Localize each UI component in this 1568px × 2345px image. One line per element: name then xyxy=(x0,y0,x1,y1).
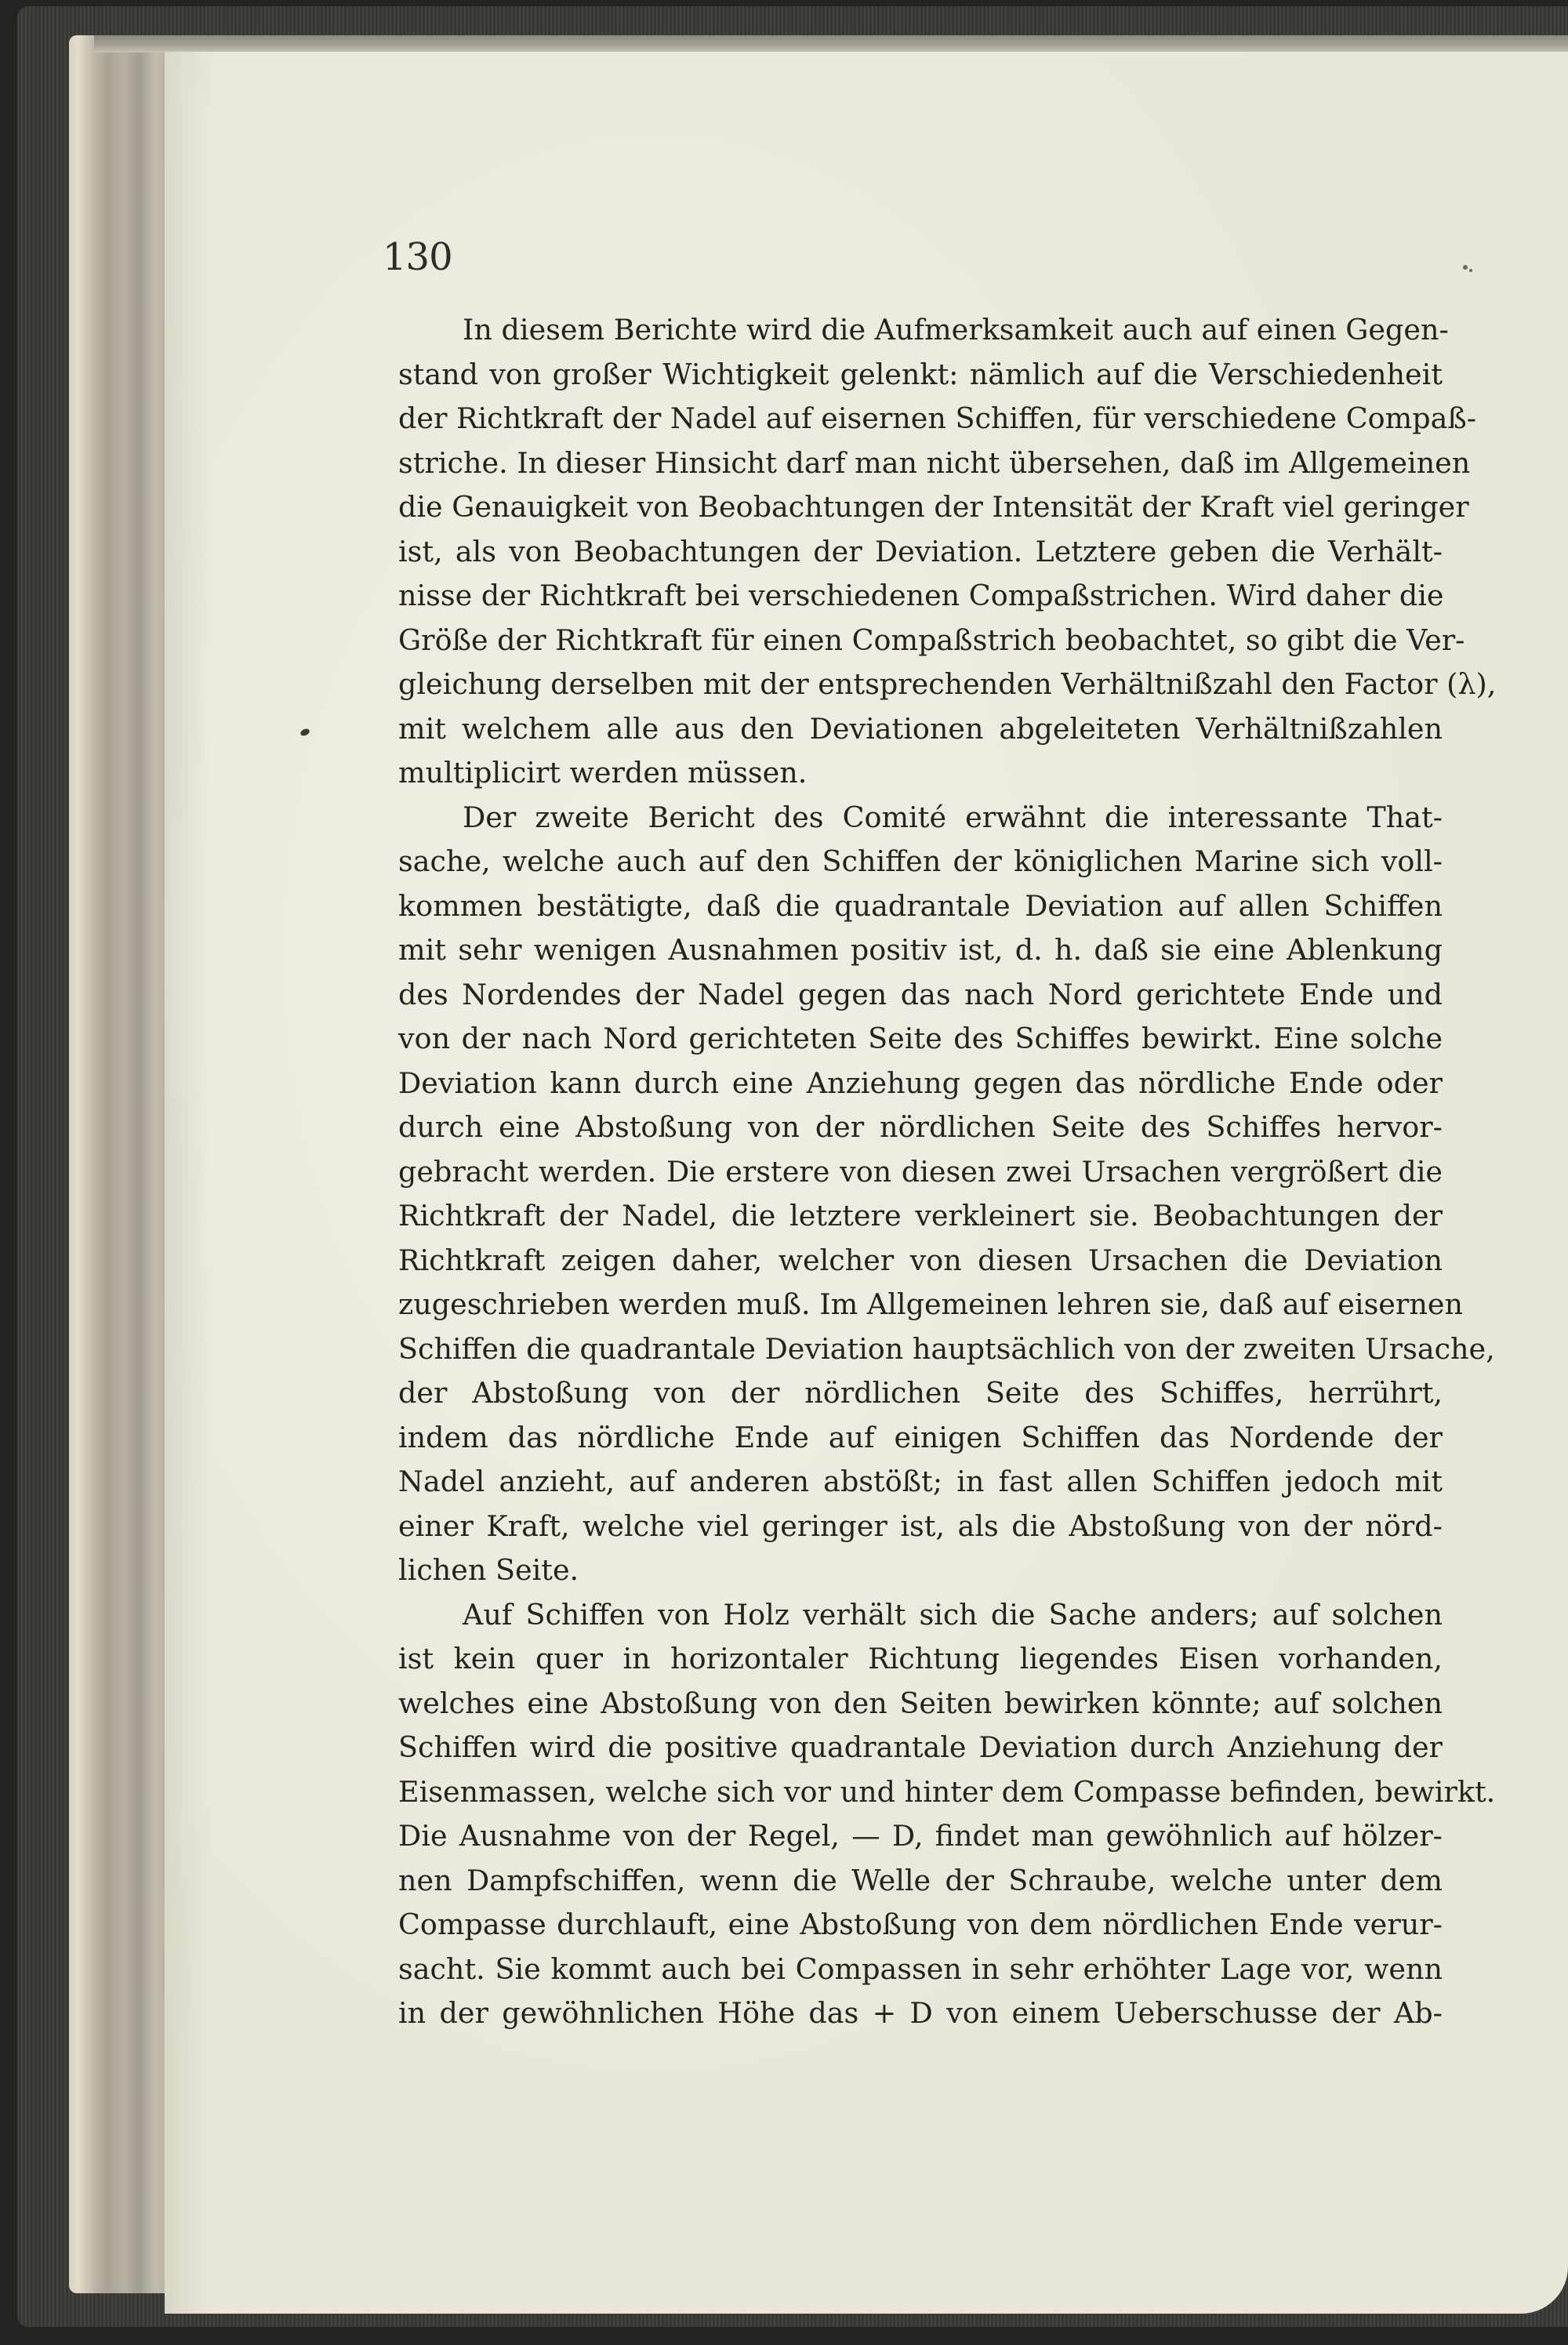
text-line: ist kein quer in horizontaler Richtung l… xyxy=(398,1637,1443,1682)
text-line: Richtkraft zeigen daher, welcher von die… xyxy=(398,1239,1443,1283)
page-number: 130 xyxy=(383,235,452,279)
text-line: multiplicirt werden müssen. xyxy=(398,751,1443,796)
text-line: indem das nördliche Ende auf einigen Sch… xyxy=(398,1416,1443,1461)
text-line: Deviation kann durch eine Anziehung gege… xyxy=(398,1062,1443,1106)
text-line: sacht. Sie kommt auch bei Compassen in s… xyxy=(398,1948,1443,1992)
text-line: durch eine Abstoßung von der nördlichen … xyxy=(398,1105,1443,1150)
paragraph-3: Auf Schiffen von Holz verhält sich die S… xyxy=(398,1593,1443,2036)
text-line: nisse der Richtkraft bei verschiedenen C… xyxy=(398,574,1443,619)
text-line: lichen Seite. xyxy=(398,1548,1443,1593)
paper-speck xyxy=(1469,269,1472,272)
text-line: welches eine Abstoßung von den Seiten be… xyxy=(398,1682,1443,1726)
text-line: ist, als von Beobachtungen der Deviation… xyxy=(398,530,1443,575)
text-line: mit welchem alle aus den Deviationen abg… xyxy=(398,707,1443,752)
page-edges-top xyxy=(94,35,1568,53)
text-line: Compasse durchlauft, eine Abstoßung von … xyxy=(398,1903,1443,1948)
text-line: mit sehr wenigen Ausnahmen positiv ist, … xyxy=(398,928,1443,973)
text-line: gleichung derselben mit der entsprechend… xyxy=(398,662,1443,707)
paper-speck xyxy=(1463,265,1468,270)
text-line: von der nach Nord gerichteten Seite des … xyxy=(398,1017,1443,1062)
text-line: Größe der Richtkraft für einen Compaßstr… xyxy=(398,619,1443,663)
text-line: die Genauigkeit von Beobachtungen der In… xyxy=(398,485,1443,530)
text-line: Nadel anzieht, auf anderen abstößt; in f… xyxy=(398,1460,1443,1505)
text-line: Richtkraft der Nadel, die letztere verkl… xyxy=(398,1194,1443,1239)
text-line: des Nordendes der Nadel gegen das nach N… xyxy=(398,973,1443,1018)
text-line: zugeschrieben werden muß. Im Allgemeinen… xyxy=(398,1283,1443,1327)
text-line: nen Dampfschiffen, wenn die Welle der Sc… xyxy=(398,1859,1443,1904)
text-line: Auf Schiffen von Holz verhält sich die S… xyxy=(398,1593,1443,1638)
text-line: stand von großer Wichtigkeit gelenkt: nä… xyxy=(398,353,1443,397)
text-line: Der zweite Bericht des Comité erwähnt di… xyxy=(398,796,1443,840)
paragraph-2: Der zweite Bericht des Comité erwähnt di… xyxy=(398,796,1443,1593)
text-line: der Richtkraft der Nadel auf eisernen Sc… xyxy=(398,397,1443,441)
text-line: In diesem Berichte wird die Aufmerksamke… xyxy=(398,308,1443,353)
text-line: in der gewöhnlichen Höhe das + D von ein… xyxy=(398,1991,1443,2036)
text-line: striche. In dieser Hinsicht darf man nic… xyxy=(398,441,1443,486)
text-line: sache, welche auch auf den Schiffen der … xyxy=(398,840,1443,884)
text-line: Schiffen die quadrantale Deviation haupt… xyxy=(398,1327,1443,1372)
text-line: kommen bestätigte, daß die quadrantale D… xyxy=(398,884,1443,929)
text-line: Die Ausnahme von der Regel, — D, findet … xyxy=(398,1814,1443,1859)
text-line: Eisenmassen, welche sich vor und hinter … xyxy=(398,1770,1443,1815)
text-line: einer Kraft, welche viel geringer ist, a… xyxy=(398,1505,1443,1549)
text-line: Schiffen wird die positive quadrantale D… xyxy=(398,1726,1443,1770)
text-line: gebracht werden. Die erstere von diesen … xyxy=(398,1150,1443,1195)
page-edges xyxy=(69,35,171,2293)
paragraph-1: In diesem Berichte wird die Aufmerksamke… xyxy=(398,308,1443,796)
body-text: In diesem Berichte wird die Aufmerksamke… xyxy=(398,308,1443,2036)
text-line: der Abstoßung von der nördlichen Seite d… xyxy=(398,1371,1443,1416)
